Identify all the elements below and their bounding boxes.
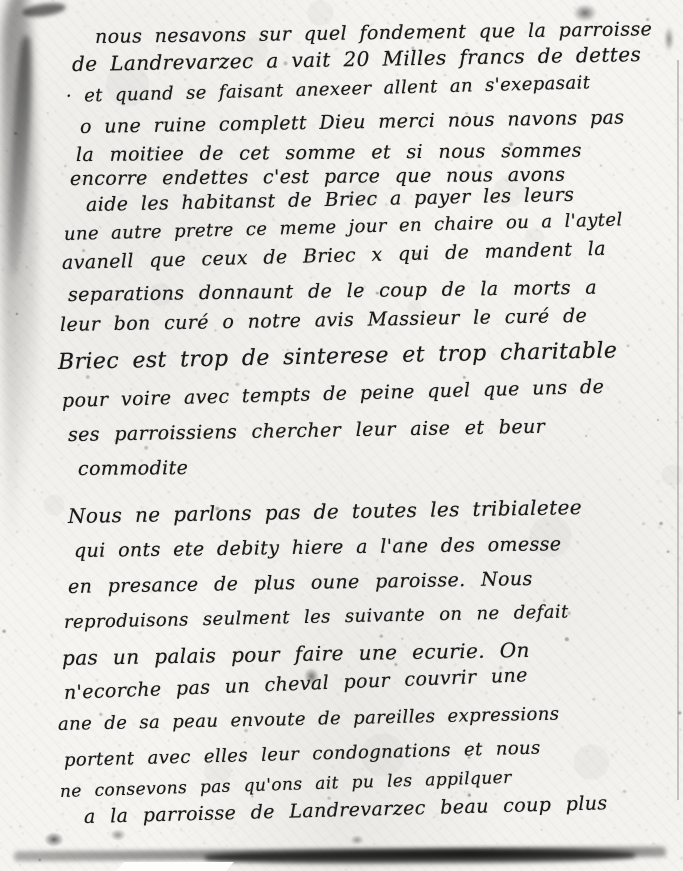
- handwritten-line: Nous ne parlons pas de toutes les tribia…: [68, 495, 582, 528]
- handwritten-line: n'ecorche pas un cheval pour couvrir une: [64, 664, 529, 704]
- handwritten-line: portent avec elles leur condognations et…: [64, 738, 541, 771]
- handwritten-text-block: nous nesavons sur quel fondement que la …: [0, 0, 683, 871]
- ink-blot: [304, 668, 319, 685]
- handwritten-line: leur bon curé o notre avis Massieur le c…: [60, 305, 588, 336]
- bottom-left-stain: [44, 832, 64, 847]
- handwritten-line: avanell que ceux de Briec x qui de mande…: [62, 238, 607, 274]
- bottom-stain-small: [350, 835, 364, 845]
- handwritten-line: de Landrevarzec a vait 20 Milles francs …: [72, 42, 642, 76]
- handwritten-line: en presance de plus oune paroisse. Nous: [68, 568, 533, 598]
- scanned-page: nous nesavons sur quel fondement que la …: [0, 0, 683, 871]
- scan-edge-line-right: [677, 60, 679, 800]
- handwritten-line: pour voire avec tempts de peine quel que…: [62, 376, 605, 412]
- handwritten-line: o une ruine complett Dieu merci nous nav…: [80, 106, 625, 137]
- bottom-stain: [110, 829, 126, 841]
- handwritten-line: reproduisons seulment les suivante on ne…: [64, 601, 569, 633]
- top-edge-speck: [573, 4, 597, 22]
- handwritten-line: Briec est trop de sinterese et trop char…: [58, 338, 618, 375]
- paper-background: nous nesavons sur quel fondement que la …: [0, 0, 683, 871]
- handwritten-line: pas un palais pour faire une ecurie. On: [62, 638, 530, 670]
- handwritten-line: ane de sa peau envoute de pareilles expr…: [58, 703, 560, 734]
- handwritten-line: · et quand se faisant anexeer allent an …: [66, 72, 591, 107]
- top-right-speck: [664, 26, 674, 52]
- paper-edge-notch: [116, 862, 234, 871]
- handwritten-line: la moitiee de cet somme et si nous somme…: [76, 140, 582, 166]
- handwritten-line: qui onts ete debity hiere a l'ane des om…: [74, 533, 562, 562]
- handwritten-line: ses parroissiens chercher leur aise et b…: [68, 416, 546, 446]
- handwritten-line: commodite: [78, 457, 188, 480]
- handwritten-line: separations donnaunt de le coup de la mo…: [68, 277, 597, 306]
